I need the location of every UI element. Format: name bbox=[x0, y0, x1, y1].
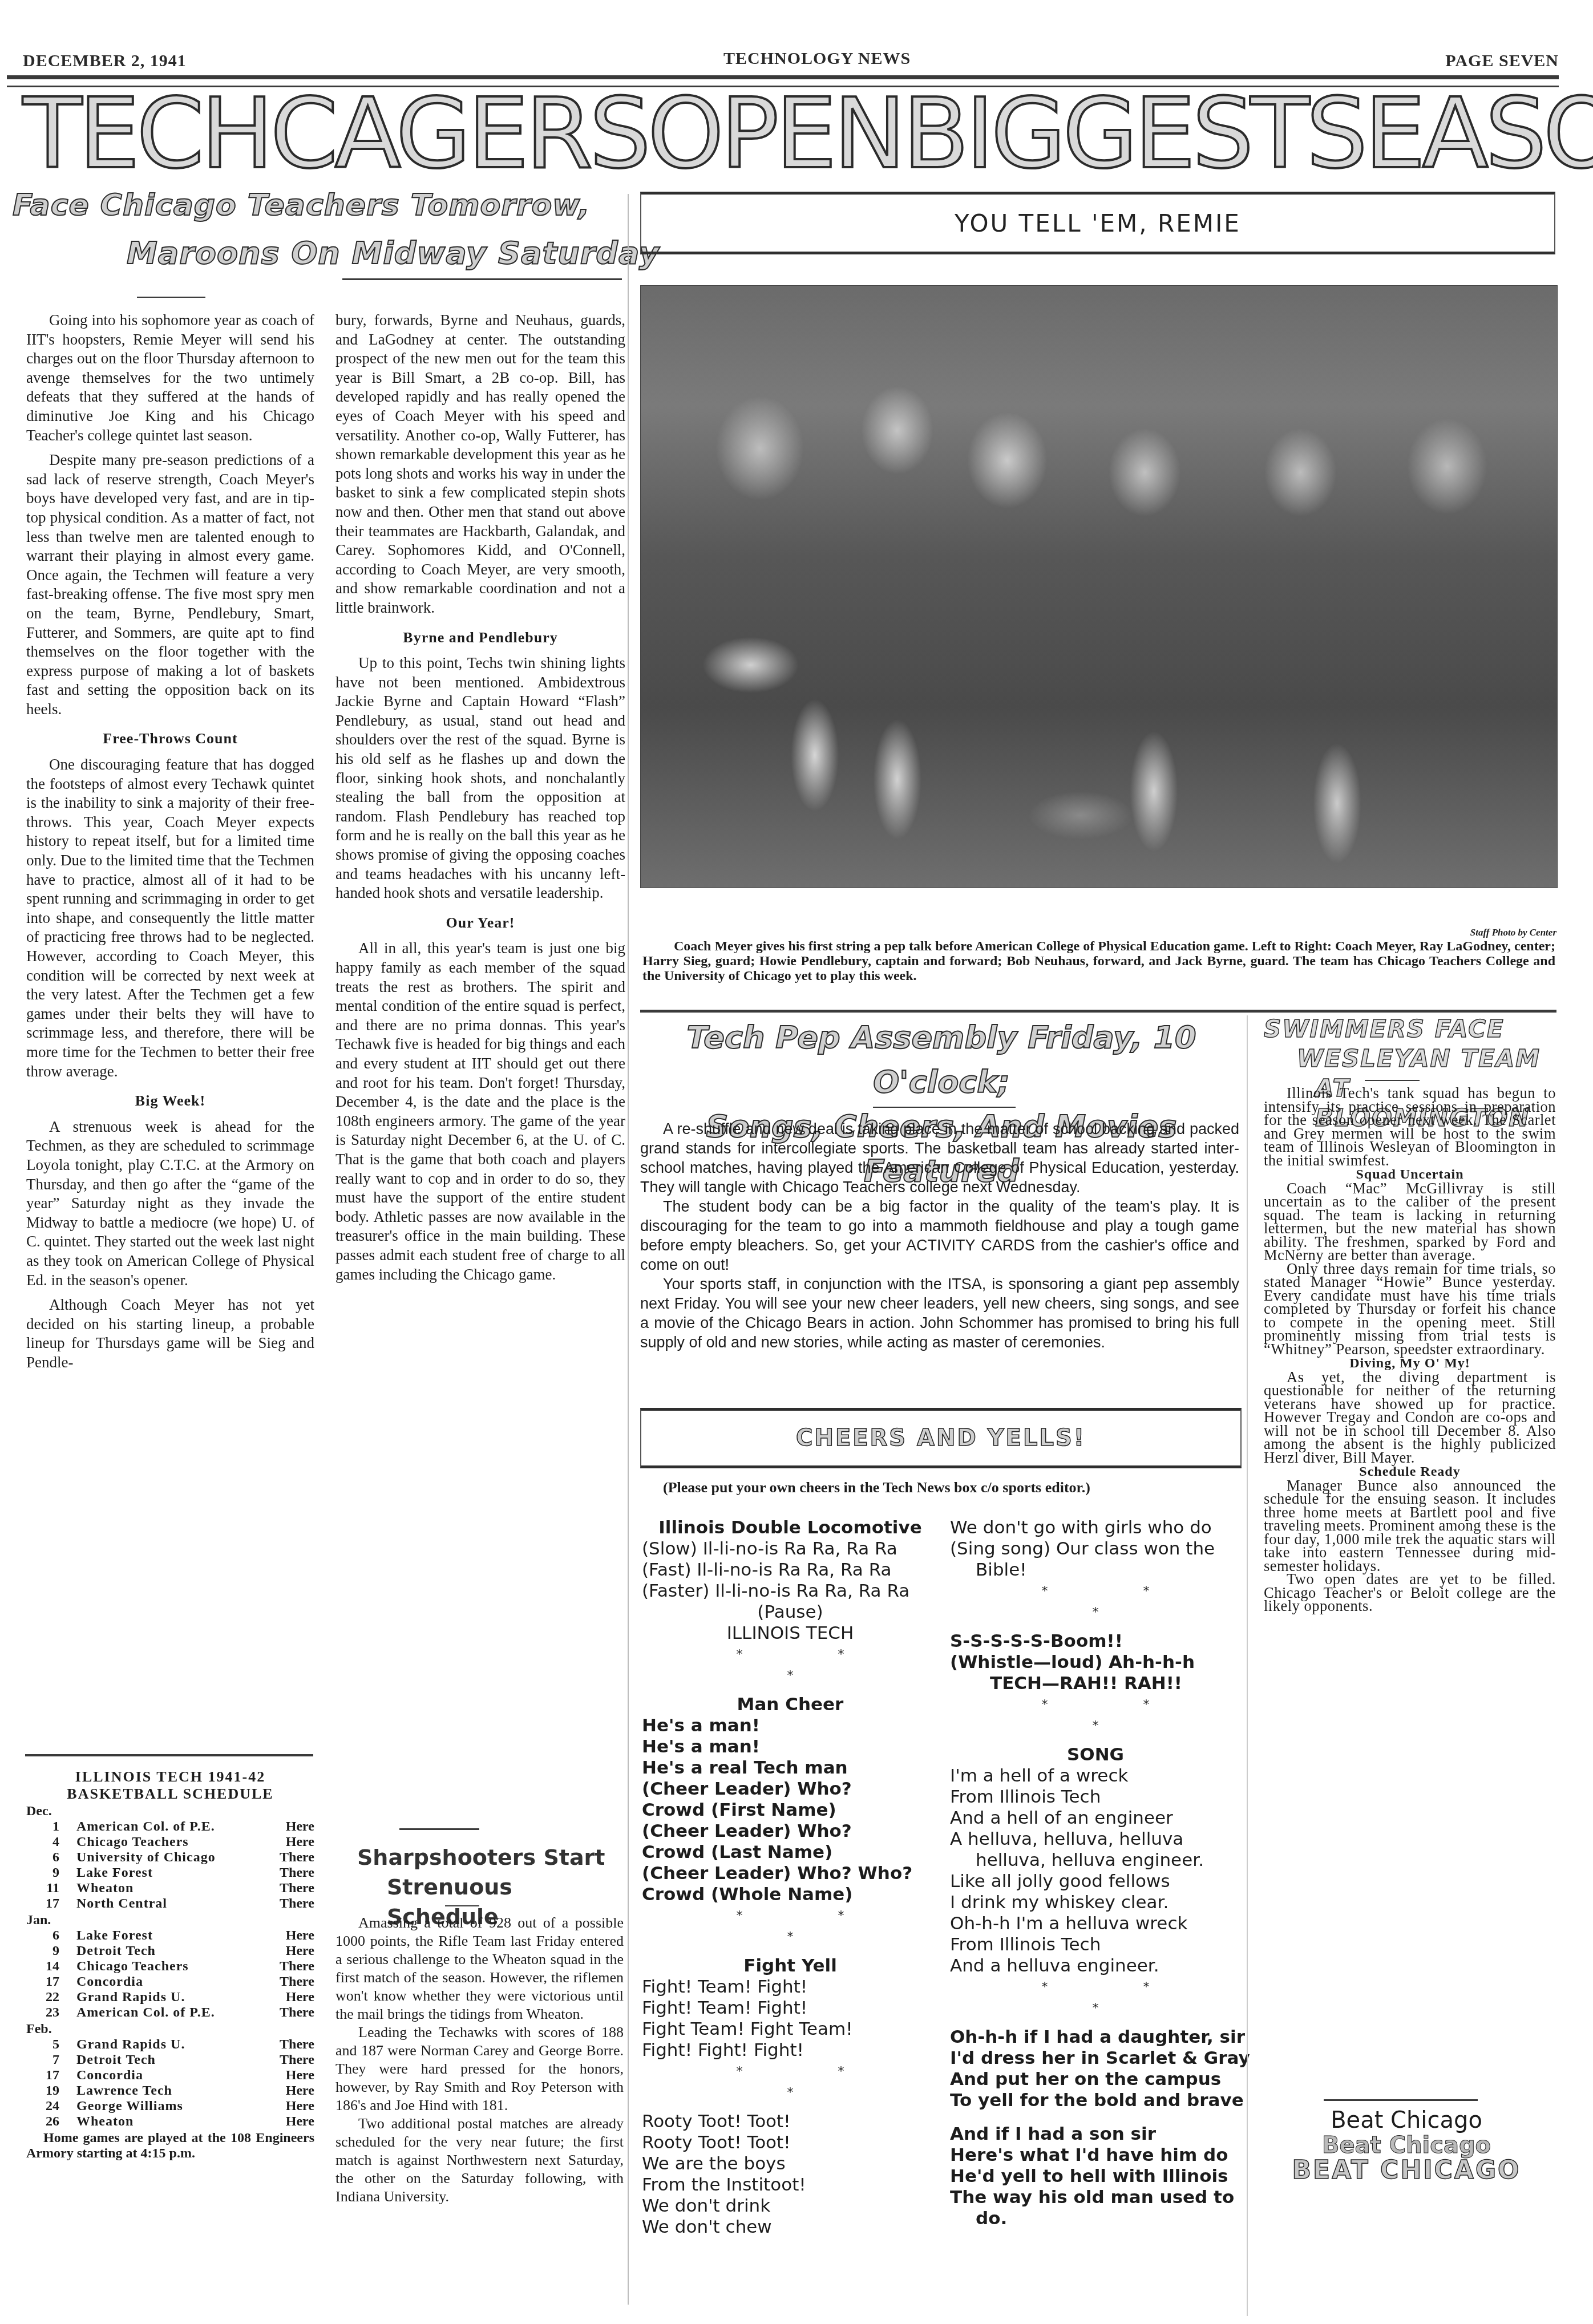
paragraph: All in all, this year's team is just one… bbox=[335, 939, 625, 1284]
deck-rule bbox=[342, 278, 622, 280]
cheer-line: Crowd (First Name) bbox=[642, 1800, 939, 1821]
schedule-site: There bbox=[269, 1974, 314, 1990]
schedule-row: 9Detroit TechHere bbox=[26, 1944, 314, 1959]
cheer-line: (Sing song) Our class won the bbox=[950, 1538, 1241, 1560]
paragraph: Despite many pre-season predictions of a… bbox=[26, 451, 314, 719]
photo-caption: Coach Meyer gives his first string a pep… bbox=[642, 939, 1555, 983]
schedule-rule bbox=[25, 1754, 313, 1756]
schedule-row: 23American Col. of P.E.There bbox=[26, 2005, 314, 2021]
cheer-title: Illinois Double Locomotive bbox=[642, 1517, 939, 1538]
song-line: The way his old man used to bbox=[950, 2187, 1241, 2208]
schedule-site: Here bbox=[269, 2114, 314, 2129]
schedule-opponent: Lake Forest bbox=[76, 1865, 269, 1881]
swim-headline-line-1: SWIMMERS FACE bbox=[1264, 1014, 1560, 1044]
subhead: Free-Throws Count bbox=[26, 729, 314, 748]
schedule-row: 6University of ChicagoThere bbox=[26, 1850, 314, 1865]
schedule-day: 9 bbox=[26, 1944, 76, 1959]
cheer-line: (Fast) Il-li-no-is Ra Ra, Ra Ra bbox=[642, 1560, 939, 1581]
schedule-site: There bbox=[269, 2052, 314, 2068]
song-line: From Illinois Tech bbox=[950, 1787, 1241, 1808]
cheer-line: From the Institoot! bbox=[642, 2175, 939, 2196]
banner-headline: TECH CAGERS OPEN BIGGEST SEASON bbox=[23, 91, 1558, 177]
paragraph: Up to this point, Techs twin shining lig… bbox=[335, 654, 625, 903]
paragraph: Your sports staff, in conjunction with t… bbox=[640, 1274, 1239, 1352]
schedule-row: 19Lawrence TechHere bbox=[26, 2083, 314, 2099]
cheer-line: He's a real Tech man bbox=[642, 1758, 939, 1779]
schedule-day: 17 bbox=[26, 1974, 76, 1990]
beat-chicago-line-3: BEAT CHICAGO bbox=[1264, 2158, 1549, 2183]
rifle-story-body: Amassing a total of 928 out of a possibl… bbox=[335, 1914, 624, 2206]
song-line: Oh-h-h if I had a daughter, sir bbox=[950, 2027, 1241, 2048]
schedule-row: 17ConcordiaThere bbox=[26, 1974, 314, 1990]
schedule-day: 5 bbox=[26, 2037, 76, 2052]
schedule-row: 22Grand Rapids U.Here bbox=[26, 1990, 314, 2005]
cheer-line: TECH—RAH!! RAH!! bbox=[950, 1673, 1241, 1694]
banner-word: CAGERS bbox=[270, 86, 648, 183]
lead-story-column-1: Going into his sophomore year as coach o… bbox=[26, 311, 314, 1378]
schedule-opponent: North Central bbox=[76, 1896, 269, 1912]
lead-deck-line-1: Face Chicago Teachers Tomorrow, bbox=[13, 188, 591, 222]
song-line: A helluva, helluva, helluva bbox=[950, 1829, 1241, 1850]
paragraph: Although Coach Meyer has not yet decided… bbox=[26, 1295, 314, 1372]
cheer-line: Bible! bbox=[950, 1560, 1241, 1581]
paragraph: Only three days remain for time trials, … bbox=[1264, 1262, 1556, 1357]
schedule-opponent: University of Chicago bbox=[76, 1850, 269, 1865]
photo-credit: Staff Photo by Center bbox=[1426, 927, 1556, 938]
column-divider bbox=[1247, 1015, 1248, 2316]
schedule-opponent: Chicago Teachers bbox=[76, 1959, 269, 1974]
schedule-opponent: American Col. of P.E. bbox=[76, 1819, 269, 1835]
cheer-line: Crowd (Whole Name) bbox=[642, 1884, 939, 1905]
schedule-opponent: Lawrence Tech bbox=[76, 2083, 269, 2099]
cheer-line: (Pause) bbox=[642, 1602, 939, 1623]
banner-word: TECH bbox=[23, 86, 270, 183]
cheer-line: (Cheer Leader) Who? bbox=[642, 1821, 939, 1842]
schedule-opponent: Grand Rapids U. bbox=[76, 2037, 269, 2052]
paragraph: One discouraging feature that has dogged… bbox=[26, 755, 314, 1081]
paragraph: Illinois Tech's tank squad has begun to … bbox=[1264, 1087, 1556, 1167]
schedule-site: There bbox=[269, 2037, 314, 2052]
paragraph: Manager Bunce also announced the schedul… bbox=[1264, 1479, 1556, 1573]
schedule-opponent: Grand Rapids U. bbox=[76, 1990, 269, 2005]
section-stars: * * * bbox=[950, 1581, 1241, 1623]
schedule-opponent: Detroit Tech bbox=[76, 1944, 269, 1959]
paragraph: bury, forwards, Byrne and Neuhaus, guard… bbox=[335, 311, 625, 618]
page-number: PAGE SEVEN bbox=[1445, 51, 1559, 71]
paragraph: Amassing a total of 928 out of a possibl… bbox=[335, 1914, 624, 2023]
schedule-site: Here bbox=[269, 1944, 314, 1959]
paragraph: Two additional postal matches are alread… bbox=[335, 2115, 624, 2206]
beat-chicago-box: Beat Chicago Beat Chicago BEAT CHICAGO bbox=[1264, 2108, 1549, 2183]
paragraph: Leading the Techawks with scores of 188 … bbox=[335, 2023, 624, 2115]
schedule-row: 7Detroit TechThere bbox=[26, 2052, 314, 2068]
schedule-row: 9Lake ForestThere bbox=[26, 1865, 314, 1881]
schedule-row: 11WheatonThere bbox=[26, 1881, 314, 1896]
paragraph: A strenuous week is ahead for the Techme… bbox=[26, 1118, 314, 1290]
schedule-site: Here bbox=[269, 1928, 314, 1944]
cheer-line: S-S-S-S-S-Boom!! bbox=[950, 1631, 1241, 1652]
schedule-opponent: Wheaton bbox=[76, 2114, 269, 2129]
subhead: Byrne and Pendlebury bbox=[335, 628, 625, 647]
beat-chicago-line-2: Beat Chicago bbox=[1264, 2133, 1549, 2158]
newspaper-name: TECHNOLOGY NEWS bbox=[723, 49, 911, 68]
schedule-day: 23 bbox=[26, 2005, 76, 2021]
section-stars: * * * bbox=[642, 1905, 939, 1948]
section-stars: * * * bbox=[642, 2061, 939, 2103]
pep-headline-line-1: Tech Pep Assembly Friday, 10 O'clock; bbox=[645, 1015, 1238, 1104]
song-line: I drink my whiskey clear. bbox=[950, 1892, 1241, 1913]
pep-rule bbox=[873, 1107, 1016, 1108]
subhead: Our Year! bbox=[335, 913, 625, 933]
song-line: helluva, helluva engineer. bbox=[950, 1850, 1241, 1871]
schedule-opponent: Concordia bbox=[76, 2068, 269, 2083]
schedule-site: Here bbox=[269, 2068, 314, 2083]
cheer-line: We don't drink bbox=[642, 2196, 939, 2217]
cheer-line: (Whistle—loud) Ah-h-h-h bbox=[950, 1652, 1241, 1673]
cheer-line: Fight Team! Fight Team! bbox=[642, 2019, 939, 2040]
song-line: He'd yell to hell with Illinois bbox=[950, 2166, 1241, 2187]
subhead: Big Week! bbox=[26, 1091, 314, 1111]
schedule-row: 5Grand Rapids U.There bbox=[26, 2037, 314, 2052]
paragraph: A re-shuffle and new deal is taking plac… bbox=[640, 1119, 1239, 1197]
schedule-opponent: Detroit Tech bbox=[76, 2052, 269, 2068]
cheer-line: (Cheer Leader) Who? Who? bbox=[642, 1863, 939, 1884]
banner-word: BIGGEST bbox=[903, 86, 1306, 183]
basketball-schedule: ILLINOIS TECH 1941-42 BASKETBALL SCHEDUL… bbox=[26, 1768, 314, 2161]
rifle-rule bbox=[399, 1828, 479, 1830]
team-photo bbox=[640, 285, 1558, 888]
caption-rule bbox=[640, 1010, 1556, 1013]
swim-story-body: Illinois Tech's tank squad has begun to … bbox=[1264, 1087, 1556, 1613]
schedule-day: 11 bbox=[26, 1881, 76, 1896]
schedule-row: 17North CentralThere bbox=[26, 1896, 314, 1912]
cheer-line: Fight! Team! Fight! bbox=[642, 1977, 939, 1998]
schedule-site: Here bbox=[269, 1835, 314, 1850]
song-line: I'd dress her in Scarlet & Gray bbox=[950, 2048, 1241, 2069]
schedule-title: ILLINOIS TECH 1941-42 bbox=[26, 1768, 314, 1785]
schedule-day: 24 bbox=[26, 2099, 76, 2114]
song-line: From Illinois Tech bbox=[950, 1934, 1241, 1955]
paragraph: Coach “Mac” McGillivray is still uncerta… bbox=[1264, 1182, 1556, 1262]
schedule-site: Here bbox=[269, 1990, 314, 2005]
issue-date: DECEMBER 2, 1941 bbox=[23, 51, 187, 71]
column-divider bbox=[628, 194, 629, 2305]
schedule-site: There bbox=[269, 1896, 314, 1912]
cheer-line: Fight! Fight! Fight! bbox=[642, 2040, 939, 2061]
photo-box-title-text: YOU TELL 'EM, REMIE bbox=[955, 209, 1241, 237]
section-stars: * * * bbox=[642, 1644, 939, 1686]
cheers-note: (Please put your own cheers in the Tech … bbox=[640, 1476, 1239, 1499]
banner-word: OPEN bbox=[648, 86, 903, 183]
schedule-site: Here bbox=[269, 1819, 314, 1835]
cheers-left-column: Illinois Double Locomotive (Slow) Il-li-… bbox=[642, 1517, 939, 2238]
schedule-row: 6Lake ForestHere bbox=[26, 1928, 314, 1944]
section-stars: * * * bbox=[950, 1694, 1241, 1736]
schedule-month: Dec. bbox=[26, 1804, 314, 1819]
schedule-day: 4 bbox=[26, 1835, 76, 1850]
cheer-line: (Faster) Il-li-no-is Ra Ra, Ra Ra bbox=[642, 1581, 939, 1602]
song-line: And a helluva engineer. bbox=[950, 1955, 1241, 1977]
schedule-opponent: American Col. of P.E. bbox=[76, 2005, 269, 2021]
schedule-day: 17 bbox=[26, 2068, 76, 2083]
beat-chicago-line-1: Beat Chicago bbox=[1264, 2108, 1549, 2133]
paragraph: As yet, the diving department is questio… bbox=[1264, 1371, 1556, 1465]
cheer-line: Rooty Toot! Toot! bbox=[642, 2132, 939, 2153]
schedule-month: Jan. bbox=[26, 1913, 314, 1928]
cheers-box-title: CHEERS AND YELLS! bbox=[640, 1408, 1242, 1468]
cheers-title-text: CHEERS AND YELLS! bbox=[796, 1425, 1086, 1451]
cheer-line: Fight! Team! Fight! bbox=[642, 1998, 939, 2019]
swim-rule bbox=[1365, 1080, 1420, 1081]
pep-story-body: A re-shuffle and new deal is taking plac… bbox=[640, 1119, 1239, 1352]
schedule-day: 19 bbox=[26, 2083, 76, 2099]
song-line: And if I had a son sir bbox=[950, 2124, 1241, 2145]
cheer-line: ILLINOIS TECH bbox=[642, 1623, 939, 1644]
song-line: Here's what I'd have him do bbox=[950, 2145, 1241, 2166]
schedule-opponent: George Williams bbox=[76, 2099, 269, 2114]
paragraph: The student body can be a big factor in … bbox=[640, 1197, 1239, 1274]
cheer-line: He's a man! bbox=[642, 1736, 939, 1758]
schedule-row: 17ConcordiaHere bbox=[26, 2068, 314, 2083]
swim-headline-line-2: WESLEYAN TEAM bbox=[1264, 1044, 1560, 1074]
cheer-line: He's a man! bbox=[642, 1715, 939, 1736]
lead-deck-line-2: Maroons On Midway Saturday bbox=[127, 235, 660, 271]
song-line: Like all jolly good fellows bbox=[950, 1871, 1241, 1892]
banner-word: SEASON bbox=[1306, 86, 1593, 183]
song-line: do. bbox=[950, 2208, 1241, 2229]
song-line: Oh-h-h I'm a helluva wreck bbox=[950, 1913, 1241, 1934]
paragraph: Two open dates are yet to be filled. Chi… bbox=[1264, 1573, 1556, 1613]
schedule-title: BASKETBALL SCHEDULE bbox=[26, 1785, 314, 1803]
schedule-day: 14 bbox=[26, 1959, 76, 1974]
schedule-row: 14Chicago TeachersThere bbox=[26, 1959, 314, 1974]
rifle-rule-short bbox=[445, 1905, 479, 1906]
schedule-site: There bbox=[269, 2005, 314, 2021]
schedule-row: 1American Col. of P.E.Here bbox=[26, 1819, 314, 1835]
schedule-site: There bbox=[269, 1865, 314, 1881]
schedule-footnote: Home games are played at the 108 Enginee… bbox=[26, 2131, 314, 2161]
cheer-line: We don't chew bbox=[642, 2217, 939, 2238]
song-line: To yell for the bold and brave bbox=[950, 2090, 1241, 2111]
schedule-opponent: Chicago Teachers bbox=[76, 1835, 269, 1850]
schedule-site: There bbox=[269, 1959, 314, 1974]
schedule-day: 9 bbox=[26, 1865, 76, 1881]
song-line: And a hell of an engineer bbox=[950, 1808, 1241, 1829]
cheer-line: (Cheer Leader) Who? bbox=[642, 1779, 939, 1800]
schedule-day: 6 bbox=[26, 1928, 76, 1944]
schedule-row: 26WheatonHere bbox=[26, 2114, 314, 2129]
schedule-list: Dec.1American Col. of P.E.Here4Chicago T… bbox=[26, 1804, 314, 2129]
cheer-line: Crowd (Last Name) bbox=[642, 1842, 939, 1863]
cheer-line: We don't go with girls who do bbox=[950, 1517, 1241, 1538]
cheer-title: Fight Yell bbox=[642, 1955, 939, 1977]
song-line: And put her on the campus bbox=[950, 2069, 1241, 2090]
paragraph: Going into his sophomore year as coach o… bbox=[26, 311, 314, 445]
schedule-site: Here bbox=[269, 2083, 314, 2099]
lead-story-column-2: bury, forwards, Byrne and Neuhaus, guard… bbox=[335, 311, 625, 1290]
cheer-line: We are the boys bbox=[642, 2153, 939, 2175]
schedule-site: There bbox=[269, 1881, 314, 1896]
schedule-opponent: Wheaton bbox=[76, 1881, 269, 1896]
schedule-site: There bbox=[269, 1850, 314, 1865]
photo-box-title: YOU TELL 'EM, REMIE bbox=[640, 192, 1555, 254]
rifle-headline-line-1: Sharpshooters Start bbox=[354, 1843, 622, 1872]
cheer-title: SONG bbox=[950, 1744, 1241, 1766]
schedule-day: 1 bbox=[26, 1819, 76, 1835]
schedule-day: 26 bbox=[26, 2114, 76, 2129]
schedule-day: 17 bbox=[26, 1896, 76, 1912]
schedule-row: 24George WilliamsHere bbox=[26, 2099, 314, 2114]
schedule-day: 7 bbox=[26, 2052, 76, 2068]
song-line: I'm a hell of a wreck bbox=[950, 1766, 1241, 1787]
schedule-day: 22 bbox=[26, 1990, 76, 2005]
schedule-opponent: Lake Forest bbox=[76, 1928, 269, 1944]
section-stars: * * * bbox=[950, 1977, 1241, 2019]
schedule-day: 6 bbox=[26, 1850, 76, 1865]
schedule-month: Feb. bbox=[26, 2022, 314, 2037]
schedule-opponent: Concordia bbox=[76, 1974, 269, 1990]
schedule-row: 4Chicago TeachersHere bbox=[26, 1835, 314, 1850]
cheer-title: Man Cheer bbox=[642, 1694, 939, 1715]
cheer-line: (Slow) Il-li-no-is Ra Ra, Ra Ra bbox=[642, 1538, 939, 1560]
cheers-right-column: We don't go with girls who do (Sing song… bbox=[950, 1517, 1241, 2229]
schedule-site: Here bbox=[269, 2099, 314, 2114]
cheer-line: Rooty Toot! Toot! bbox=[642, 2111, 939, 2132]
beat-chicago-rule bbox=[1324, 2099, 1478, 2101]
deck-rule-short bbox=[137, 297, 205, 298]
